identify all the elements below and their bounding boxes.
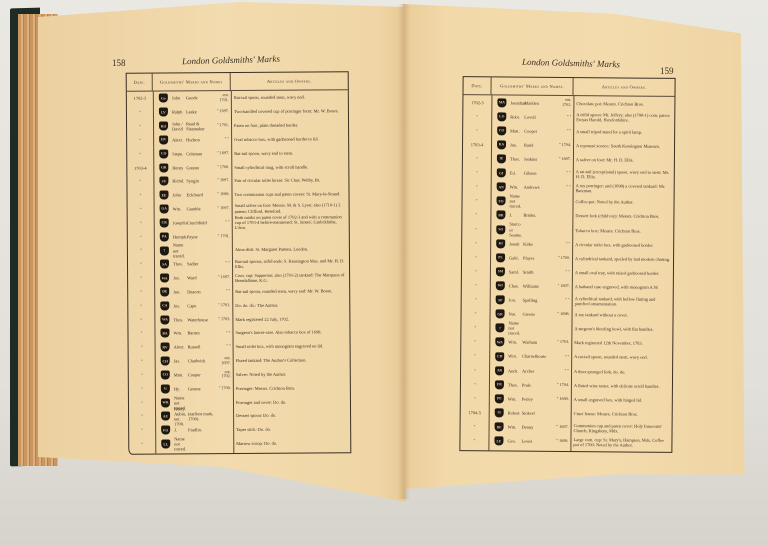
entry-year: " " (555, 185, 573, 190)
articles-cell: A rat-tail spoon, rounded stem, wavy end… (571, 355, 672, 361)
date-cell: " (461, 424, 489, 429)
hallmark-icon: DE (495, 422, 504, 431)
entry-year: " " (553, 369, 571, 374)
hallmark-icon: CH (495, 352, 504, 361)
hallmark-icon: CA (160, 301, 169, 310)
date-cell: " (129, 428, 155, 433)
maker-first-name: Wm. (510, 185, 524, 190)
entry-year: " 1704. (555, 143, 573, 148)
articles-cell: Tobacco box: Messrs. Crichton Bros. (572, 228, 673, 234)
maker-last-name: Kirke (523, 241, 554, 246)
articles-cell: Chocolate pot: Messrs. Crichton Bros. (573, 101, 674, 107)
articles-cell: Rat-tail spoon, rounded stem, wavy end. (231, 95, 348, 101)
articles-cell: A small engraved box, with hinged lid. (571, 397, 672, 403)
header-articles: Articles and Owners. (231, 72, 348, 90)
maker-first-name: Alexr. (174, 345, 188, 350)
mark-cell: CRJoseph'sCrutchfield" " (154, 218, 232, 228)
hallmark-icon: KI (496, 239, 505, 248)
entry-year: " 1698. (214, 192, 232, 197)
mark-cell: ROJohn / DavidRead & Sleamaker" 1701. (153, 121, 231, 132)
maker-first-name: Name not traced. (508, 321, 522, 336)
entry-year: " " (214, 289, 232, 294)
maker-first-name: Ralph (172, 110, 186, 115)
articles-cell: A toy porringer; and (1698) a covered ta… (573, 183, 674, 194)
mark-cell: MAJonathanMaddenent. 1702. (491, 98, 573, 108)
hallmark-icon: WA (160, 315, 169, 324)
maker-first-name: Henry (172, 165, 186, 170)
book-gutter (398, 4, 410, 499)
date-cell: " (128, 276, 154, 281)
mark-cell: BRJ.Brinks. (490, 211, 572, 221)
left-page-number: 158 (112, 58, 126, 68)
date-cell: " (462, 283, 490, 288)
mark-cell: LORobt.Lovell" " (491, 112, 573, 122)
maker-first-name: Thos. (173, 317, 187, 322)
mark-cell: SMSaml.Smith" " (490, 267, 572, 277)
mark-cell: SPJon.Spalling" " (490, 295, 572, 305)
mark-cell: WAThos.Waterhouse" 1702. (154, 315, 232, 325)
entry-year: ent. 1697. (215, 356, 233, 366)
maker-first-name: Wm. (173, 331, 187, 336)
mark-cell: CHJas.Chadwickent. 1697. (155, 356, 233, 366)
maker-first-name: Name not traced. (173, 243, 187, 258)
entry-year: " 1697. (213, 151, 231, 156)
date-cell: " (463, 184, 491, 189)
maker-first-name: Richd. (172, 179, 186, 184)
hallmark-icon: WA (495, 338, 504, 347)
left-marks-table: Date. Goldsmiths' Marks and Names Articl… (126, 71, 352, 455)
entry-year: " " (555, 115, 573, 120)
articles-cell: A circular toilet box, with gadrooned bo… (572, 242, 673, 248)
hallmark-icon: AR (495, 366, 504, 375)
maker-last-name: Petley (522, 396, 553, 401)
maker-last-name: Cooper (188, 372, 215, 377)
articles-cell: A trifid spoon: Mr. Jeffery; also (1700-… (573, 112, 674, 123)
mark-cell: CHWm.Charnelhouse" " (489, 352, 571, 362)
maker-last-name: Brinks. (523, 213, 554, 218)
date-cell: " (461, 382, 489, 387)
articles-cell: Rat-tail spoons, trifid ends: S. Kensing… (232, 258, 349, 269)
entry-year: ent. 1702. (215, 370, 233, 380)
mark-cell: ARAndr.Archer" " (489, 366, 571, 376)
maker-last-name: Charnelhouse (522, 354, 553, 359)
mark-cell: LLName not traced. (155, 436, 233, 452)
articles-cell: A toy tankard without a cover. (572, 312, 673, 318)
date-cell: " (129, 345, 155, 350)
date-cell: " (461, 325, 489, 330)
maker-last-name: Andrews (524, 185, 555, 190)
date-cell: " (128, 248, 154, 253)
mark-cell: StRobertStokes? (489, 408, 571, 418)
date-cell: " (463, 114, 491, 119)
date-cell: " (129, 373, 155, 378)
maker-first-name: Jon. (509, 298, 523, 303)
articles-cell: Pair of circular toilet boxes: Sir Chas.… (231, 178, 348, 184)
entry-year: " " (554, 298, 572, 303)
date-cell: " (462, 269, 490, 274)
maker-first-name: John (172, 96, 186, 101)
mark-cell: ?Name not traced. (154, 242, 232, 258)
date-cell: " (129, 414, 155, 419)
maker-last-name: Barnes (187, 331, 214, 336)
hallmark-icon: MA (497, 98, 506, 107)
date-cell: " (128, 290, 154, 295)
entry-year: " 1700. (215, 386, 233, 391)
maker-last-name: Russell (188, 344, 215, 349)
maker-last-name: Greene (523, 312, 554, 317)
maker-first-name: Name not traced. (174, 436, 188, 451)
entry-year: " 1697. (553, 425, 571, 430)
mark-cell: SAThos.Sadler" " (154, 259, 232, 269)
hallmark-icon: SA (160, 260, 169, 269)
articles-cell (232, 235, 349, 236)
hallmark-icon: SY (159, 177, 168, 186)
date-cell: " (462, 241, 490, 246)
hallmark-icon: EE (159, 191, 168, 200)
articles-cell: Small toilet box, with monogram engraved… (233, 344, 350, 350)
mark-cell: HVAlexr.Hudson" " (153, 135, 231, 145)
maker-last-name: Gibson (524, 171, 555, 176)
maker-first-name: Matt. (510, 128, 524, 133)
right-page-number: 159 (660, 66, 674, 76)
maker-first-name: Jno. (173, 289, 187, 294)
mark-cell: PEWm.Petley" 1699. (489, 394, 571, 404)
hallmark-icon: St (495, 408, 504, 417)
maker-first-name: J. (174, 428, 188, 433)
table-row: "EEJohnEckfourd" 1698.Two communion cups… (127, 187, 348, 202)
articles-cell: Coffee-pot: Noted by the Author. (573, 199, 674, 205)
date-cell: " (129, 442, 155, 447)
maker-last-name: Lovell (524, 114, 555, 119)
maker-first-name: Thos. (173, 262, 187, 267)
entry-year: " 1697. (214, 206, 232, 211)
mark-cell: COMatt.Cooper" " (491, 126, 573, 136)
hallmark-icon: RO (159, 122, 168, 131)
maker-first-name: Jas. (174, 358, 188, 363)
hallmark-icon: AU (161, 412, 170, 421)
hallmark-icon: GI (497, 168, 506, 177)
articles-cell: Large com. cup: St. Mary's, Hampton, Mdx… (570, 437, 671, 448)
articles-cell: Mark registered 22 July, 1702. (232, 316, 349, 322)
mark-cell: DEWm.Denny" 1697. (489, 422, 571, 432)
date-cell: " (462, 212, 490, 217)
entry-year: " 1700. (554, 256, 572, 261)
articles-cell: A surgeon's bleeding bowl, with flat han… (571, 326, 672, 332)
maker-last-name: (earliest mark, 1700). (188, 411, 215, 421)
hallmark-icon: BR (496, 211, 505, 220)
hallmark-icon: AN (497, 183, 506, 192)
articles-cell: Com. cup: Sapperton; also (1701-2) tanka… (232, 272, 349, 283)
entry-year: " " (214, 220, 232, 225)
articles-cell: A small tripod stand for a spirit lamp. (573, 129, 674, 135)
date-cell: " (129, 359, 155, 364)
hallmark-icon: BA (160, 329, 169, 338)
maker-last-name: Hudson (186, 137, 213, 142)
table-row: "PAHumph.Payne" 1701. (128, 229, 349, 244)
articles-cell: Surgeon's lancet-case. Also tobacco box … (232, 330, 349, 336)
date-cell: " (128, 317, 154, 322)
hallmark-icon: PL (496, 253, 505, 262)
date-cell: " (128, 193, 154, 198)
hallmark-icon: FO (161, 426, 170, 435)
date-cell: " (461, 354, 489, 359)
hallmark-icon: CH (161, 357, 170, 366)
mark-cell: COStepn.Coleman" 1697. (153, 149, 231, 159)
date-cell: " (127, 137, 153, 142)
articles-cell: Paten on foot, plain threaded border. (231, 122, 348, 128)
maker-first-name: Hy. (174, 386, 188, 391)
maker-last-name: Fradlin. (188, 427, 215, 432)
mark-cell: LEGeo.Lewis" 1699. (488, 436, 570, 446)
hallmark-icon: FO (497, 197, 506, 206)
hallmark-icon: CO (159, 149, 168, 158)
articles-cell: Small salver on foot: Messrs. M. & S. Ly… (232, 203, 349, 214)
date-cell: 1703-4 (127, 165, 153, 170)
mark-cell: COMatt.Cooperent. 1702. (155, 370, 233, 380)
maker-last-name: Player (523, 255, 554, 260)
date-cell: " (463, 128, 491, 133)
maker-last-name: Greene (186, 165, 213, 170)
hallmark-icon: WA (160, 274, 169, 283)
articles-cell: A cylindrical tankard, with hollow fluti… (572, 296, 673, 307)
date-cell: " (128, 303, 154, 308)
mark-cell: CAJos.Cape" 1701. (154, 301, 232, 311)
maker-first-name: Humph. (173, 234, 187, 239)
articles-cell: Mark registered 12th November, 1703. (571, 340, 672, 346)
hallmark-icon: LV (159, 108, 168, 117)
maker-first-name: Jos. (173, 275, 187, 280)
entry-year: ent. 1701. (213, 93, 231, 103)
mark-cell: GHy.Greene" 1700. (155, 384, 233, 394)
header-date: Date. (127, 74, 153, 91)
header-articles: Articles and Owners. (573, 78, 674, 96)
maker-last-name: Smith (523, 269, 554, 274)
hallmark-icon: CR (160, 218, 169, 227)
table-row: "LLName not traced.Marrow scoop: Do. do. (129, 436, 350, 451)
entry-year: " 1699. (553, 397, 571, 402)
hallmark-icon: GR (159, 163, 168, 172)
maker-last-name: Warham (522, 340, 553, 345)
entry-year: ent. 1702. (555, 98, 573, 108)
mark-cell: PAHumph.Payne" 1701. (154, 232, 232, 242)
table-header: Date. Goldsmiths' Marks and Names. Artic… (463, 77, 674, 97)
maker-first-name: Starco or Soame. (509, 222, 523, 237)
header-marks: Goldsmiths' Marks and Names. (491, 77, 573, 95)
hallmark-icon: GR (496, 310, 505, 319)
maker-last-name: Williams (523, 284, 554, 289)
maker-first-name: Matt. (174, 372, 188, 377)
table-row: "LEGeo.Lewis" 1699.Large com. cup: St. M… (460, 434, 671, 450)
hallmark-icon: ? (160, 246, 169, 255)
articles-cell: Two communion cups and paten covers: St.… (232, 191, 349, 197)
entry-year: " " (553, 354, 571, 359)
date-cell: 1702-3 (127, 96, 153, 101)
maker-last-name: Crutchfield (187, 220, 214, 225)
maker-last-name: Lewis (521, 439, 552, 444)
mark-cell: ?Name not traced. (489, 321, 571, 337)
maker-last-name: Ward (187, 275, 214, 280)
maker-first-name: Chas. (509, 283, 523, 288)
hallmark-icon: PE (495, 394, 504, 403)
entry-year: " 1700. (213, 165, 231, 170)
hallmark-icon: WI (496, 281, 505, 290)
mark-cell: GRNat.Greene" 1698. (490, 310, 572, 320)
header-marks: Goldsmiths' Marks and Names (153, 73, 231, 91)
articles-cell: Taper stick: Do. do. (233, 426, 350, 432)
right-marks-table: Date. Goldsmiths' Marks and Names. Artic… (459, 76, 675, 453)
articles-cell: Dessert spoon: Do. do. (233, 413, 350, 419)
table-row: 1703-4GRHenryGreene" 1700.Small cylindri… (127, 159, 348, 174)
hallmark-icon: IE (497, 154, 506, 163)
maker-last-name: Syngin (186, 179, 213, 184)
maker-first-name: Joseph's (173, 220, 187, 225)
maker-first-name: Jos. (173, 303, 187, 308)
maker-last-name: Greene (188, 386, 215, 391)
maker-first-name: Geo. (507, 439, 521, 444)
mark-cell: PLGabl.Player" 1700. (490, 253, 572, 263)
entry-year: " 1702. (214, 317, 232, 322)
date-cell: " (462, 255, 490, 260)
maker-last-name: Gamble (187, 206, 214, 211)
entry-year: " 1701. (214, 234, 232, 239)
hallmark-icon: GA (160, 205, 169, 214)
articles-cell: Two-handled covered cup of porringer for… (231, 108, 348, 114)
articles-cell: A salver on foot: Mr. H. D. Ellis. (573, 157, 674, 163)
hallmark-icon: PA (160, 232, 169, 241)
hallmark-icon: LL (161, 440, 170, 449)
maker-first-name: J. (509, 213, 523, 218)
hallmark-icon: SO (496, 225, 505, 234)
articles-cell: Small cylindrical mug, with scroll handl… (231, 164, 348, 170)
maker-first-name: Nat. (509, 312, 523, 317)
hallmark-icon: SM (496, 267, 505, 276)
maker-first-name: Ed. (510, 171, 524, 176)
hallmark-icon: ? (495, 324, 504, 333)
entry-year: " " (214, 331, 232, 336)
mark-cell: LVRalphLeeke" 1697. (153, 107, 231, 117)
articles-cell: Oval tobacco box, with gadrooned border … (231, 136, 348, 142)
mark-cell: FRThos.Prale" 1704. (489, 380, 571, 390)
entry-year: " 1701. (213, 123, 231, 128)
maker-first-name: Saml. (509, 269, 523, 274)
date-cell: " (463, 198, 491, 203)
hallmark-icon: DE (160, 287, 169, 296)
articles-cell: A fluted wine taster, with delicate scro… (571, 383, 672, 389)
mark-cell: FOName not traced. (490, 194, 572, 210)
articles-cell: Dessert fork (child toy): Messrs. Cricht… (572, 213, 673, 219)
entry-year: " 1697. (213, 179, 231, 184)
maker-last-name: Waterhouse (187, 317, 214, 322)
hallmark-icon: CO (161, 370, 170, 379)
maker-first-name: Wm. (508, 396, 522, 401)
date-cell: " (463, 170, 491, 175)
date-cell: " (128, 331, 154, 336)
mark-cell: GAWm.Gamble" 1697. (154, 204, 232, 214)
maker-first-name: Robert (508, 410, 522, 415)
date-cell: " (127, 151, 153, 156)
maker-first-name: Wm. (173, 206, 187, 211)
date-cell: " (462, 311, 490, 316)
maker-first-name: Andr. (508, 368, 522, 373)
date-cell: 1703-4 (463, 142, 491, 147)
maker-last-name: Denny (522, 425, 553, 430)
hallmark-icon: CO (497, 126, 506, 135)
mark-cell: FOJ.Fradlin. (155, 425, 233, 435)
maker-last-name: Deacon (187, 289, 214, 294)
entry-year: " 1697. (555, 157, 573, 162)
date-cell: " (461, 368, 489, 373)
table-row: "?Name not traced.Alms-dish: St. Margare… (128, 242, 349, 257)
maker-last-name: Archer (522, 368, 553, 373)
date-cell: " (463, 156, 491, 161)
maker-first-name: Wm. (508, 354, 522, 359)
maker-first-name: Name not traced. (509, 194, 523, 209)
entry-year: " " (213, 137, 231, 142)
maker-first-name: Wm. (508, 425, 522, 430)
maker-last-name: Chadwick (188, 358, 215, 363)
maker-last-name: Leeke (186, 109, 213, 114)
table-header: Date. Goldsmiths' Marks and Names Articl… (127, 72, 348, 92)
table-body: 1702-3GoJohnGoodeent. 1701.Rat-tail spoo… (127, 90, 351, 454)
date-cell: " (462, 297, 490, 302)
mark-cell: KIJonahKirke" " (490, 239, 572, 249)
hallmark-icon: LE (494, 437, 503, 446)
entry-year: " " (554, 270, 572, 275)
hallmark-icon: FR (495, 380, 504, 389)
maker-first-name: Wm. (508, 340, 522, 345)
maker-last-name: Spalling (523, 298, 554, 303)
mark-cell: BAWm.Barnes" " (154, 329, 232, 339)
maker-first-name: Jonah (509, 241, 523, 246)
maker-last-name: Rand (524, 142, 555, 147)
articles-cell: A cylindrical tankard, spoiled by bad mo… (572, 256, 673, 262)
entry-year: " " (214, 261, 232, 266)
date-cell: " (461, 339, 489, 344)
date-cell: " (127, 124, 153, 129)
entry-year: " 1703. (553, 340, 571, 345)
date-cell: " (129, 386, 155, 391)
maker-last-name: Sadler (187, 261, 214, 266)
mark-cell: SYRichd.Syngin" 1697. (153, 176, 231, 186)
date-cell: " (461, 396, 489, 401)
articles-cell: Salver: Noted by the Author. (233, 371, 350, 377)
date-cell: " (128, 262, 154, 267)
articles-cell: A three-pronged fork, do. do. (571, 369, 672, 375)
articles-cell: Communion cup and paten cover: Holy Inno… (571, 423, 672, 434)
maker-last-name: Eckfourd (187, 192, 214, 197)
entry-year: " 1701. (214, 303, 232, 308)
maker-first-name: Robt. (510, 114, 524, 119)
maker-first-name: Jonathan (510, 100, 524, 105)
articles-cell: Marrow scoop: Do. do. (233, 440, 350, 446)
mark-cell: WIChas.Williams" 1697. (490, 281, 572, 291)
table-row: "HVAlexr.Hudson" "Oval tobacco box, with… (127, 132, 348, 147)
articles-cell: Both marks on paten cover of 1702-3 and … (232, 214, 349, 230)
articles-cell: A repoussé sconce: South Kensington Muse… (573, 143, 674, 149)
articles-cell: A rat-tail (exceptional) spoon, wavy end… (573, 169, 674, 180)
articles-cell: Cruet frame: Messrs. Crichton Bros. (571, 411, 672, 417)
maker-last-name: Madden (524, 100, 555, 105)
maker-first-name: John / David (172, 121, 186, 131)
hallmark-icon: LO (497, 112, 506, 121)
entry-year: " " (215, 344, 233, 349)
mark-cell: GIEd.Gibson" " (491, 168, 573, 178)
mark-cell: GRHenryGreene" 1700. (153, 163, 231, 173)
articles-cell: A small oval tray, with raised gadrooned… (572, 270, 673, 276)
hallmark-icon: G (161, 384, 170, 393)
maker-last-name: Payne (187, 234, 214, 239)
table-body: 1702-3MAJonathanMaddenent. 1702.Chocolat… (460, 95, 674, 452)
